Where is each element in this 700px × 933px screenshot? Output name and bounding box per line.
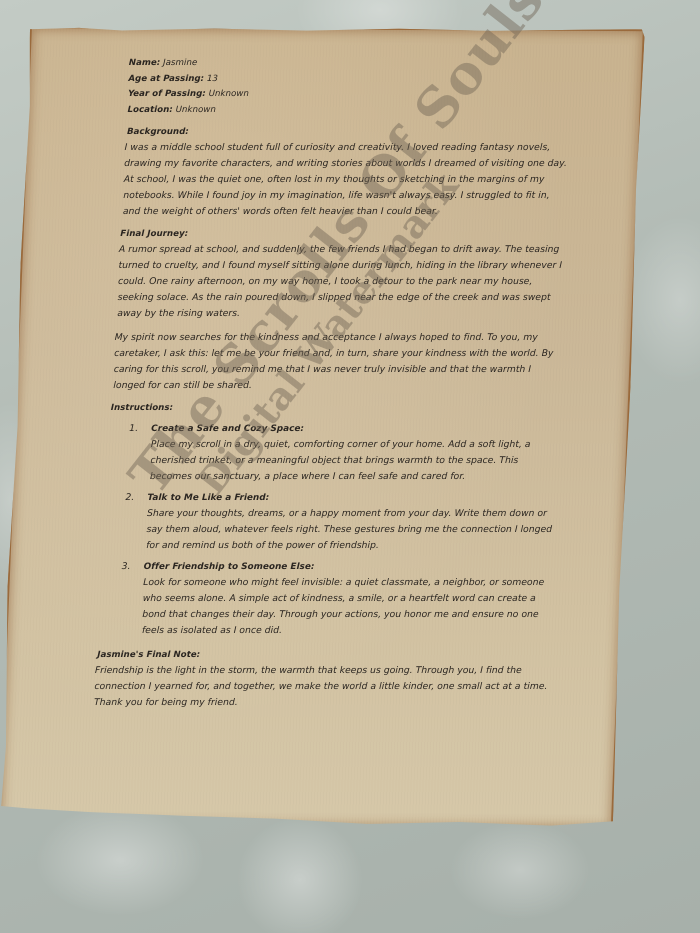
instruction-text: Place my scroll in a dry, quiet, comfort… [150,437,563,485]
final-journey-heading: Final Journey: [120,226,568,242]
instruction-title: Create a Safe and Cozy Space: [151,421,563,437]
instructions-heading: Instructions: [111,400,564,416]
instruction-number: 2. [104,490,148,554]
instruction-title: Offer Friendship to Someone Else: [143,559,559,575]
final-note-text: Friendship is the light in the storm, th… [94,663,557,711]
instruction-text: Look for someone who might feel invisibl… [142,575,560,639]
background-heading: Background: [127,124,571,140]
instruction-item: 2. Talk to Me Like a Friend: Share your … [104,490,562,554]
instruction-number: 3. [100,559,144,639]
instruction-text: Share your thoughts, dreams, or a happy … [146,506,561,554]
background-text: I was a middle school student full of cu… [123,140,571,220]
instruction-title: Talk to Me Like a Friend: [147,490,561,506]
final-journey-text-1: A rumor spread at school, and suddenly, … [117,242,568,322]
instruction-item: 1. Create a Safe and Cozy Space: Place m… [108,421,564,485]
field-location: Location: Unknown [127,103,571,119]
field-name: Name: Jasmine [129,56,573,72]
scroll-text: Name: Jasmine Age at Passing: 13 Year of… [96,56,573,715]
instruction-item: 3. Offer Friendship to Someone Else: Loo… [100,559,560,639]
final-note-heading: Jasmine's Final Note: [97,647,557,663]
field-year: Year of Passing: Unknown [128,87,572,103]
field-age: Age at Passing: 13 [128,72,572,88]
final-journey-text-2: My spirit now searches for the kindness … [113,330,566,394]
instruction-number: 1. [108,421,152,485]
